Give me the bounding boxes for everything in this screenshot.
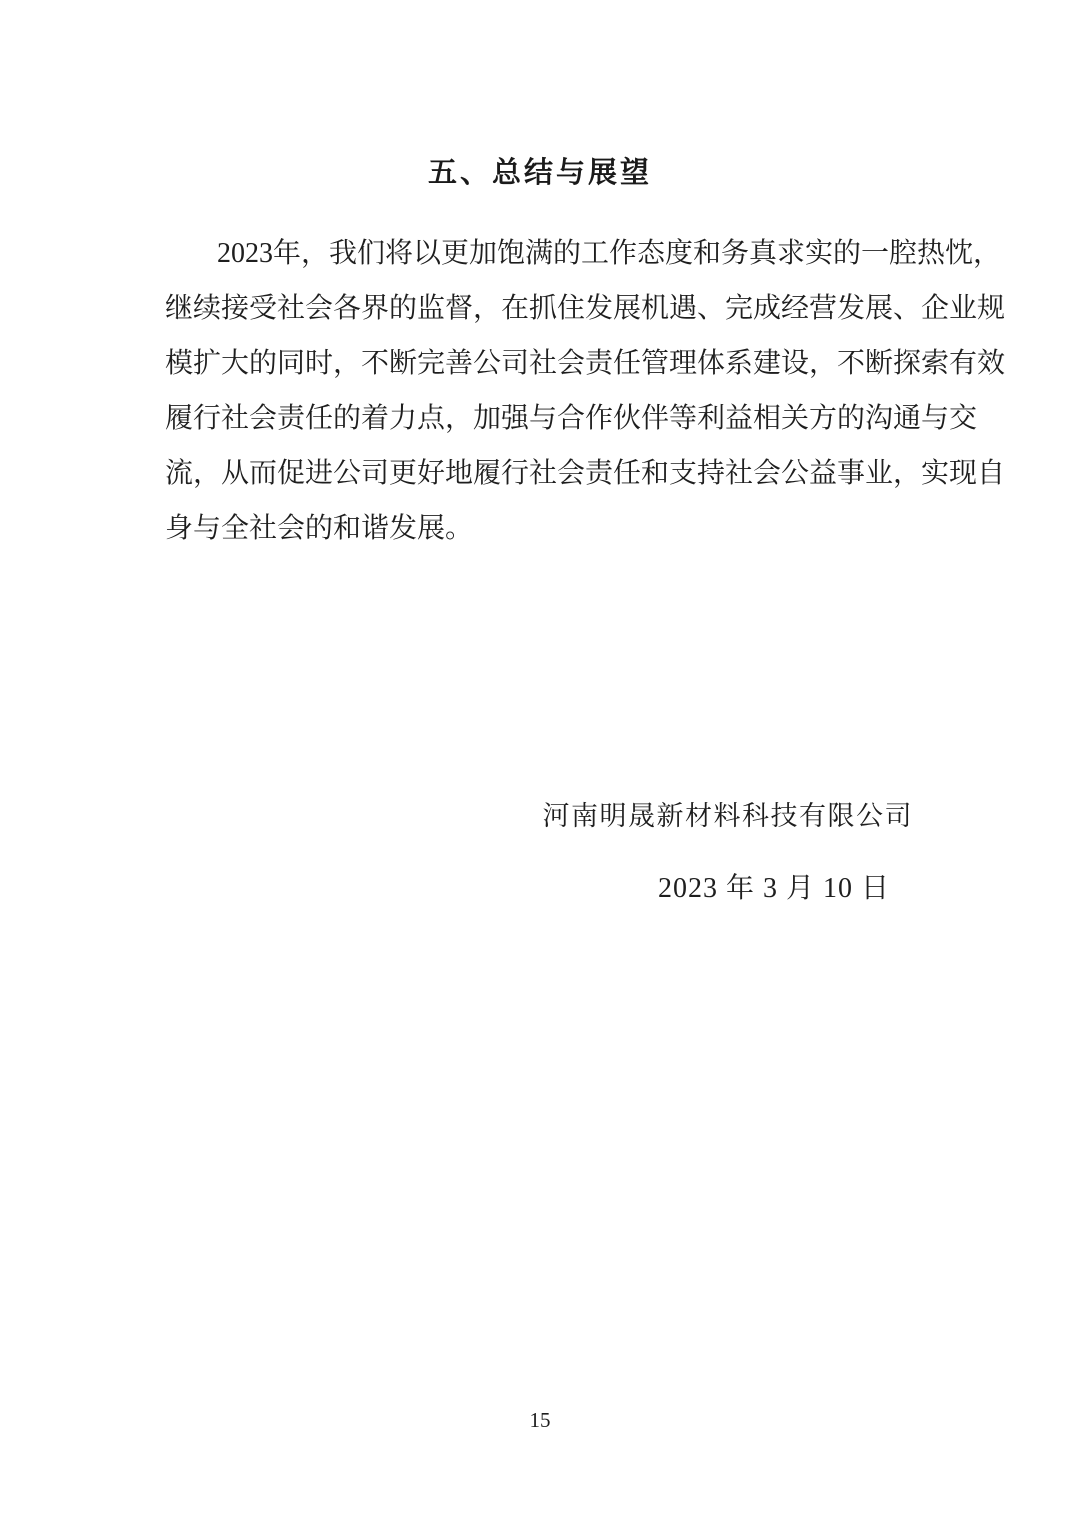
body-paragraph: 2023年，我们将以更加饱满的工作态度和务真求实的一腔热忱， 继续接受社会各界的…: [165, 226, 915, 556]
paragraph-line: 继续接受社会各界的监督，在抓住发展机遇、完成经营发展、企业规: [165, 281, 915, 336]
signature-date: 2023 年 3 月 10 日: [658, 866, 890, 906]
page-number: 15: [0, 1408, 1080, 1433]
paragraph-line: 身与全社会的和谐发展。: [165, 501, 915, 556]
paragraph-line: 履行社会责任的着力点，加强与合作伙伴等利益相关方的沟通与交: [165, 391, 915, 446]
paragraph-line: 流，从而促进公司更好地履行社会责任和支持社会公益事业，实现自: [165, 446, 915, 501]
document-page: 五、总结与展望 2023年，我们将以更加饱满的工作态度和务真求实的一腔热忱， 继…: [0, 0, 1080, 1528]
section-title: 五、总结与展望: [0, 150, 1080, 191]
signature-company-name: 河南明晟新材料科技有限公司: [543, 794, 914, 833]
paragraph-line: 模扩大的同时，不断完善公司社会责任管理体系建设，不断探索有效: [165, 336, 915, 391]
paragraph-line: 2023年，我们将以更加饱满的工作态度和务真求实的一腔热忱，: [165, 226, 915, 281]
